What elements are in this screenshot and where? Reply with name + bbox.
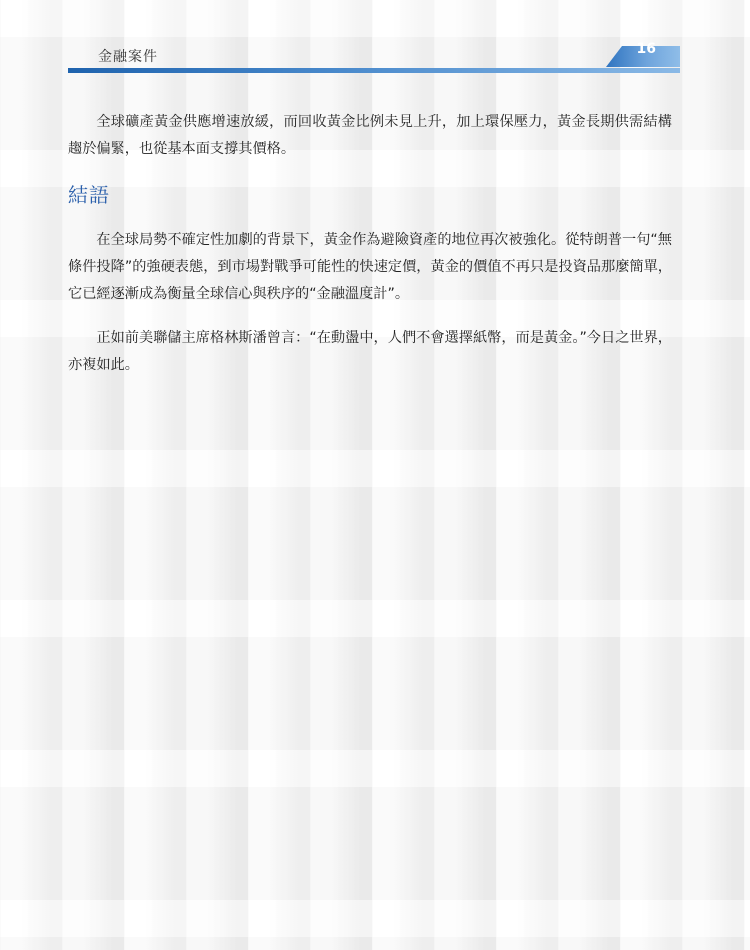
page-header: 金融案件 16 [68, 40, 680, 74]
document-body: 全球礦產黃金供應增速放緩，而回收黃金比例未見上升，加上環保壓力，黃金長期供需結構… [68, 109, 672, 396]
section-heading: 結語 [68, 180, 672, 210]
page-number: 16 [637, 41, 656, 57]
paragraph: 全球礦產黃金供應增速放緩，而回收黃金比例未見上升，加上環保壓力，黃金長期供需結構… [68, 109, 672, 163]
paragraph: 在全球局勢不確定性加劇的背景下，黃金作為避險資產的地位再次被強化。從特朗普一句“… [68, 227, 672, 308]
header-title: 金融案件 [98, 46, 158, 66]
paragraph: 正如前美聯儲主席格林斯潘曾言：“在動盪中，人們不會選擇紙幣，而是黃金。”今日之世… [68, 325, 672, 379]
header-divider [68, 68, 680, 73]
